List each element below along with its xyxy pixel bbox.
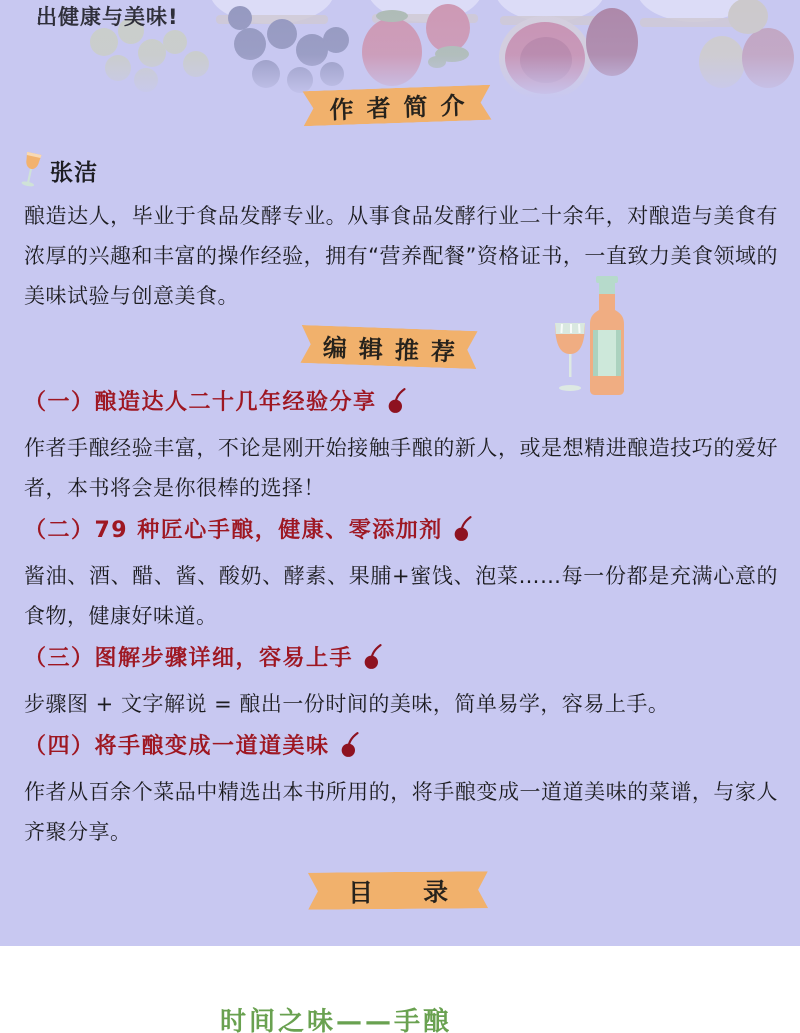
point-heading-2-text: （二）79 种匠心手酿，健康、零添加剂 bbox=[24, 516, 443, 546]
author-name-row: 张洁 bbox=[20, 152, 98, 188]
point-heading-4-text: （四）将手酿变成一道道美味 bbox=[24, 732, 330, 762]
point-body-4: 作者从百余个菜品中精选出本书所用的，将手酿变成一道道美味的菜谱，与家人齐聚分享。 bbox=[24, 772, 778, 852]
editor-points-list: （一）酿造达人二十几年经验分享 作者手酿经验丰富，不论是刚开始接触手酿的新人，或… bbox=[24, 388, 778, 860]
cherry-icon bbox=[363, 642, 383, 670]
hero-photo-band: 出健康与美味! bbox=[0, 0, 800, 100]
wine-bottle-and-glass-illustration bbox=[548, 272, 630, 402]
cherry-icon bbox=[387, 386, 407, 414]
point-heading-1-text: （一）酿造达人二十几年经验分享 bbox=[24, 388, 377, 418]
product-description-page: 出健康与美味! 作者简介 张洁 酿造达人，毕业于食品发酵专业。从事食品发酵行业二… bbox=[0, 0, 800, 1033]
point-heading-3: （三）图解步骤详细，容易上手 bbox=[24, 644, 778, 674]
toc-first-entry: 时间之味——手酿 bbox=[220, 1001, 452, 1033]
author-section-banner: 作者简介 bbox=[302, 85, 491, 127]
point-heading-1: （一）酿造达人二十几年经验分享 bbox=[24, 388, 778, 418]
point-body-2: 酱油、酒、醋、酱、酸奶、酵素、果脯+蜜饯、泡菜……每一份都是充满心意的食物，健康… bbox=[24, 556, 778, 636]
point-body-1: 作者手酿经验丰富，不论是刚开始接触手酿的新人，或是想精进酿造技巧的爱好者，本书将… bbox=[24, 428, 778, 508]
bottle-glass-icon bbox=[548, 272, 630, 398]
toc-content-section: 时间之味——手酿 bbox=[0, 946, 800, 1033]
toc-section-banner: 目 录 bbox=[308, 871, 488, 910]
author-name: 张洁 bbox=[50, 154, 98, 187]
point-heading-4: （四）将手酿变成一道道美味 bbox=[24, 732, 778, 762]
point-heading-3-text: （三）图解步骤详细，容易上手 bbox=[24, 644, 353, 674]
cherry-icon bbox=[340, 730, 360, 758]
editor-banner-label: 编辑推荐 bbox=[310, 327, 467, 367]
toc-banner-label: 目 录 bbox=[348, 872, 448, 909]
editor-section-banner: 编辑推荐 bbox=[300, 325, 477, 369]
point-body-3: 步骤图 + 文字解说 = 酿出一份时间的美味，简单易学，容易上手。 bbox=[24, 684, 778, 724]
author-bio: 酿造达人，毕业于食品发酵专业。从事食品发酵行业二十余年，对酿造与美食有浓厚的兴趣… bbox=[24, 196, 778, 316]
author-banner-label: 作者简介 bbox=[316, 85, 478, 126]
hero-tagline: 出健康与美味! bbox=[36, 1, 179, 31]
point-heading-2: （二）79 种匠心手酿，健康、零添加剂 bbox=[24, 516, 778, 546]
wine-glass-icon bbox=[20, 152, 42, 188]
cherry-icon bbox=[453, 514, 473, 542]
